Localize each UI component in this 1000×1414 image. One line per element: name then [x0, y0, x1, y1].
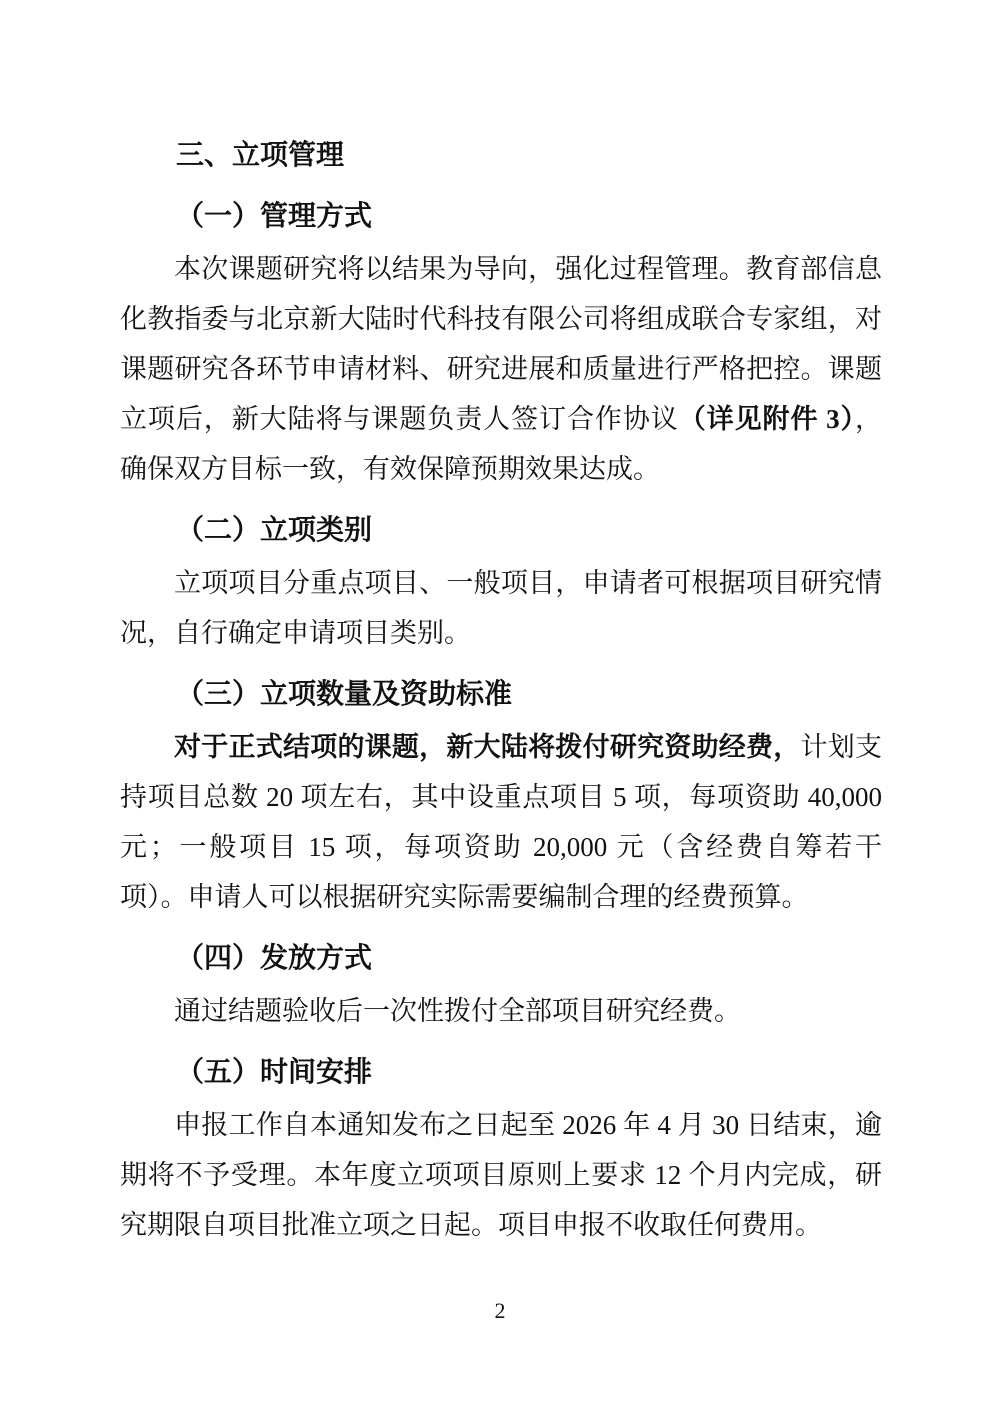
page-footer: 2	[0, 1296, 1000, 1326]
chapter-heading: 三、立项管理	[120, 130, 882, 180]
subsection-title: （四）发放方式	[120, 934, 882, 984]
document-content: 三、立项管理 （一）管理方式 本次课题研究将以结果为导向，强化过程管理。教育部信…	[120, 118, 882, 1250]
text-run: 申报工作自本通知发布之日起至 2026 年 4 月 30 日结束，逾期将不予受理…	[120, 1110, 882, 1240]
paragraph: 对于正式结项的课题，新大陆将拨付研究资助经费，计划支持项目总数 20 项左右，其…	[120, 722, 882, 922]
page-number: 2	[495, 1298, 506, 1323]
paragraph: 本次课题研究将以结果为导向，强化过程管理。教育部信息化教指委与北京新大陆时代科技…	[120, 244, 882, 494]
paragraph: 立项项目分重点项目、一般项目，申请者可根据项目研究情况，自行确定申请项目类别。	[120, 558, 882, 658]
section-project-category: （二）立项类别 立项项目分重点项目、一般项目，申请者可根据项目研究情况，自行确定…	[120, 506, 882, 658]
paragraph: 通过结题验收后一次性拨付全部项目研究经费。	[120, 986, 882, 1036]
section-quantity-funding: （三）立项数量及资助标准 对于正式结项的课题，新大陆将拨付研究资助经费，计划支持…	[120, 670, 882, 922]
subsection-title: （五）时间安排	[120, 1048, 882, 1098]
text-run: 通过结题验收后一次性拨付全部项目研究经费。	[174, 996, 741, 1026]
text-run-bold: 对于正式结项的课题，新大陆将拨付研究资助经费，	[174, 732, 801, 762]
paragraph: 申报工作自本通知发布之日起至 2026 年 4 月 30 日结束，逾期将不予受理…	[120, 1100, 882, 1250]
text-run: 立项项目分重点项目、一般项目，申请者可根据项目研究情况，自行确定申请项目类别。	[120, 568, 882, 648]
section-management-method: （一）管理方式 本次课题研究将以结果为导向，强化过程管理。教育部信息化教指委与北…	[120, 192, 882, 494]
document-page: 三、立项管理 （一）管理方式 本次课题研究将以结果为导向，强化过程管理。教育部信…	[0, 0, 1000, 1414]
section-schedule: （五）时间安排 申报工作自本通知发布之日起至 2026 年 4 月 30 日结束…	[120, 1048, 882, 1250]
subsection-title: （二）立项类别	[120, 506, 882, 556]
subsection-title: （一）管理方式	[120, 192, 882, 242]
text-run-bold: （详见附件 3）	[679, 404, 855, 434]
section-payment-method: （四）发放方式 通过结题验收后一次性拨付全部项目研究经费。	[120, 934, 882, 1036]
subsection-title: （三）立项数量及资助标准	[120, 670, 882, 720]
